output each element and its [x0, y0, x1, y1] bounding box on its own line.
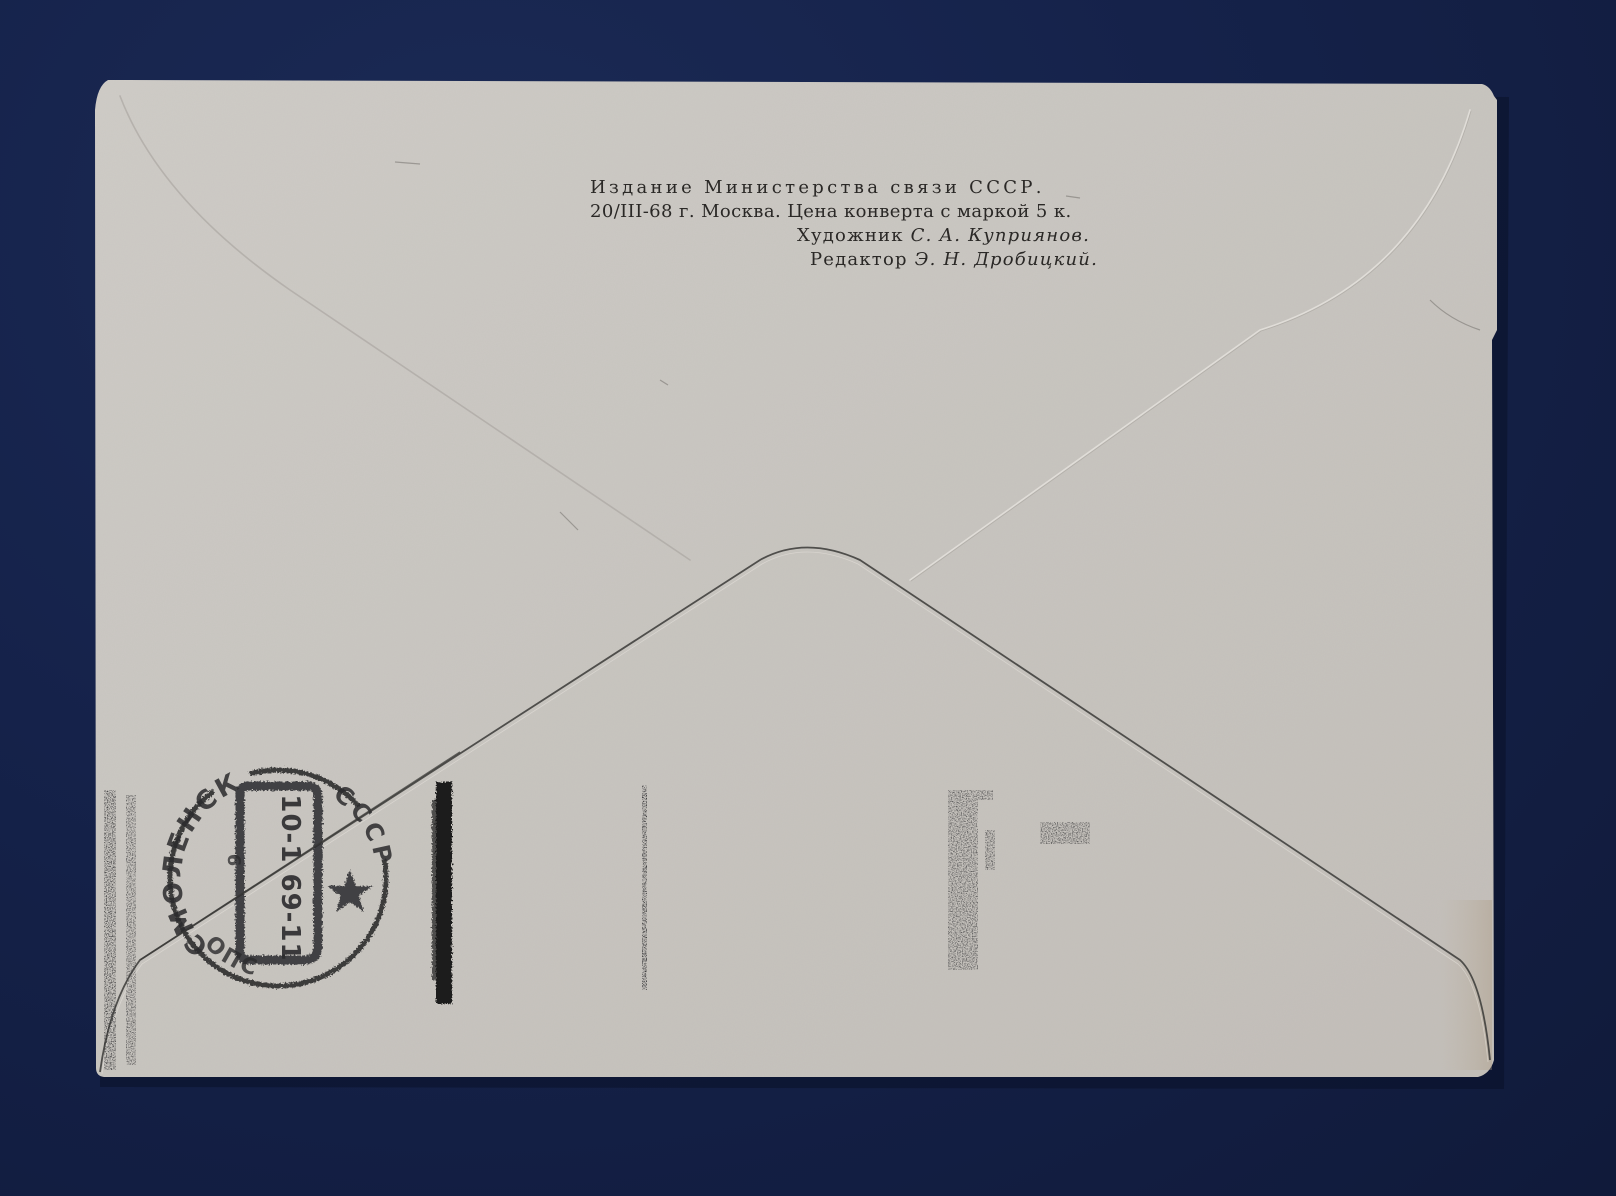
cancellation-bar-faint [642, 785, 647, 990]
imprint-editor-line: Редактор Э. Н. Дробицкий. [590, 248, 1130, 272]
imprint-publisher-line: Издание Министерства связи СССР. [590, 176, 1130, 200]
artist-name: С. А. Куприянов. [911, 225, 1090, 246]
cancellation-bar [432, 782, 452, 1004]
postmark-date: 10-1 69-11 [275, 794, 305, 961]
postmark-index: 6 [223, 854, 244, 867]
artist-role: Художник [797, 225, 904, 246]
publisher-imprint: Издание Министерства связи СССР. 20/III-… [590, 176, 1130, 272]
photo-scene: СМОЛЕНСК СССР ОПС 10-1 69-11 6 Издание М… [0, 0, 1616, 1196]
editor-name: Э. Н. Дробицкий. [915, 249, 1098, 270]
imprint-artist-line: Художник С. А. Куприянов. [590, 224, 1130, 248]
editor-role: Редактор [810, 249, 908, 270]
imprint-date-price-line: 20/III-68 г. Москва. Цена конверта с мар… [590, 200, 1130, 224]
